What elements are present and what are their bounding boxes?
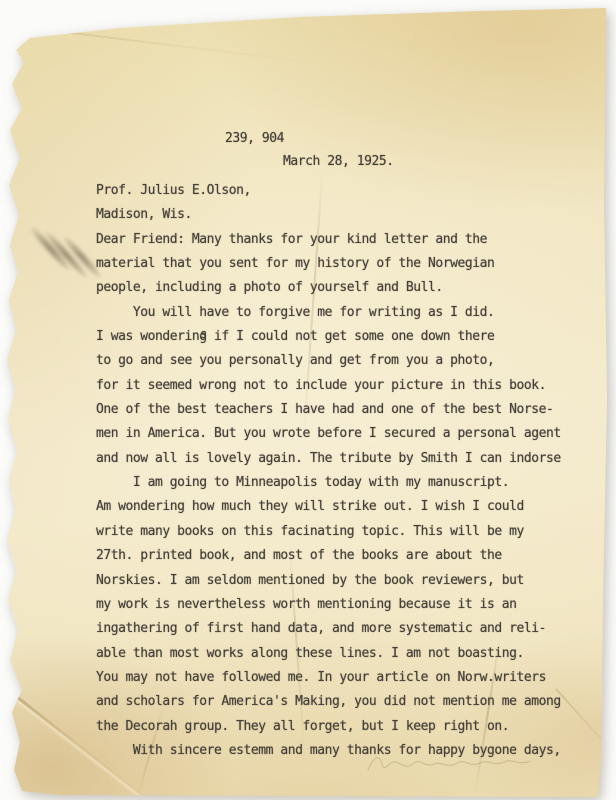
typed-line: my work is nevertheless worth mentioning… [96,593,561,617]
typed-line: write many books on this facinating topi… [96,520,561,544]
typed-line: You may not have followed me. In your ar… [96,666,561,690]
typed-line: and now all is lovely again. The tribute… [96,447,561,471]
typed-line: You will have to forgive me for writing … [96,301,561,325]
typed-line: men in America. But you wrote before I s… [96,422,561,446]
typed-line: Am wondering how much they will strike o… [96,495,561,519]
typed-line: and scholars for America's Making, you d… [96,690,561,714]
typed-line: Norskies. I am seldom mentioned by the b… [96,569,561,593]
typed-line: Madison, Wis. [96,203,561,227]
typed-line: material that you sent for my history of… [96,252,561,276]
typed-line: the Decorah group. They all forget, but … [96,715,561,739]
typed-line: people, including a photo of yourself an… [96,276,561,300]
typed-line: Dear Friend: Many thanks for your kind l… [96,228,561,252]
file-number: 239, 904 [225,131,284,146]
typed-line: ingathering of first hand data, and more… [96,617,561,641]
typed-line: I am going to Minneapolis today with my … [96,471,561,495]
typed-line: to go and see you personally and get fro… [96,349,561,373]
typed-line: One of the best teachers I have had and … [96,398,561,422]
letter-body: Prof. Julius E.Olson,Madison, Wis.Dear F… [96,179,561,763]
letter-date: March 28, 1925. [283,154,394,169]
typed-correction-s: s [200,327,207,341]
typed-line: Prof. Julius E.Olson, [96,179,561,203]
scanned-letter: 239, 904 March 28, 1925. Prof. Julius E.… [0,0,616,800]
typewritten-text-layer: 239, 904 March 28, 1925. Prof. Julius E.… [0,0,616,800]
typed-line: for it seemed wrong not to include your … [96,374,561,398]
typed-line: I was wondering if I could not get some … [96,325,561,349]
typed-line: 27th. printed book, and most of the book… [96,544,561,568]
pencil-signature [362,746,542,780]
typed-line: able than most works along these lines. … [96,642,561,666]
letter-page: 239, 904 March 28, 1925. Prof. Julius E.… [0,0,616,800]
